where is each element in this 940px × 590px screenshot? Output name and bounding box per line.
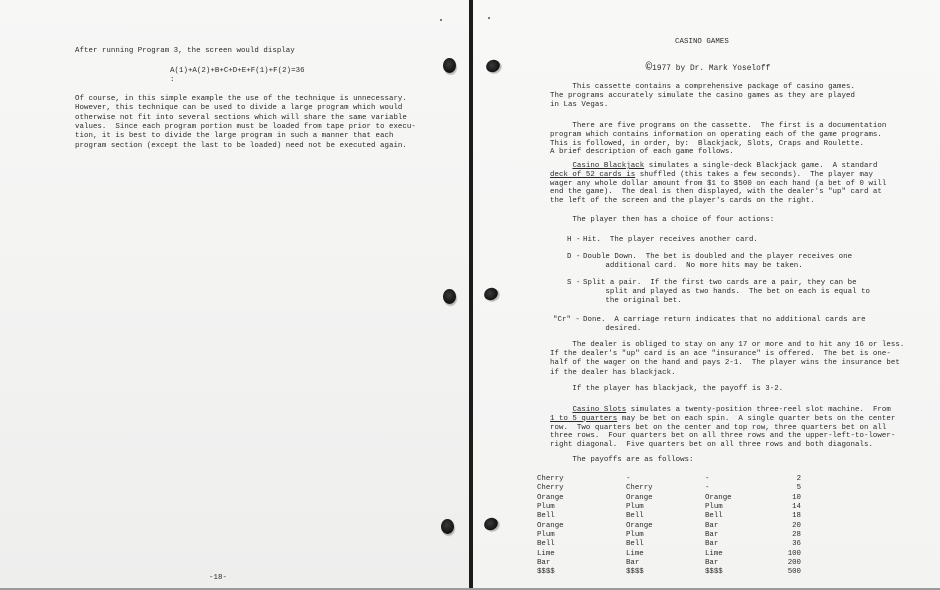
dealer-line: The dealer is obliged to stay on any 17 …	[550, 341, 904, 350]
text-span: may be bet on each spin. A single quarte…	[617, 415, 895, 423]
reel-symbol-cell: Cherry	[626, 484, 653, 493]
action-key: H -	[567, 236, 580, 245]
payoff-cell: 36	[771, 540, 801, 549]
binder-hole-icon	[441, 519, 454, 534]
reel-symbol-cell: Cherry	[537, 475, 564, 484]
text-span: shuffled (this takes a few seconds). The…	[635, 171, 873, 179]
reel-symbol-cell: Cherry	[537, 484, 564, 493]
paragraph-line: Of course, in this simple example the us…	[75, 95, 407, 104]
underlined-text: deck of 52 cards is	[550, 171, 635, 179]
reel-symbol-cell: Bell	[626, 512, 644, 521]
intro-line: The programs accurately simulate the cas…	[550, 92, 855, 101]
page-number: -18-	[209, 574, 227, 583]
reel-symbol-cell: Bar	[705, 540, 718, 549]
dealer-line: If the dealer's "up" card is an ace "ins…	[550, 350, 891, 359]
document-title: CASINO GAMES	[675, 38, 729, 47]
action-key: D -	[567, 253, 580, 262]
reel-symbol-cell: Orange	[626, 494, 653, 503]
reel-symbol-cell: Orange	[626, 522, 653, 531]
intro-line: This cassette contains a comprehensive p…	[550, 83, 855, 92]
action-line: desired.	[583, 325, 641, 334]
left-page	[0, 0, 469, 590]
reel-symbol-cell: -	[705, 484, 709, 493]
paragraph-line: However, this technique can be used to d…	[75, 104, 402, 113]
code-prompt: :	[170, 76, 175, 85]
reel-symbol-cell: Bell	[626, 540, 644, 549]
intro-line: in Las Vegas.	[550, 101, 608, 110]
reel-symbol-cell: $$$$	[626, 568, 644, 577]
slots-line: right diagonal. Five quarters bet on all…	[550, 441, 873, 450]
reel-symbol-cell: Bar	[705, 531, 718, 540]
action-key: S -	[567, 279, 580, 288]
action-line: split and played as two hands. The bet o…	[583, 288, 870, 297]
reel-symbol-cell: $$$$	[705, 568, 723, 577]
reel-symbol-cell: Plum	[537, 531, 555, 540]
code-output-line: A(1)+A(2)+B+C+D+E+F(1)+F(2)=36	[170, 67, 305, 76]
paragraph-line: tion, it is best to divide the large pro…	[75, 132, 393, 141]
blackjack-line: the left of the screen and the player's …	[550, 197, 815, 206]
reel-symbol-cell: Bell	[537, 512, 555, 521]
action-line: Hit. The player receives another card.	[583, 236, 758, 245]
action-line: Done. A carriage return indicates that n…	[583, 316, 866, 325]
payoffs-intro: The payoffs are as follows:	[550, 456, 694, 465]
payoff-cell: 28	[771, 531, 801, 540]
payoff-cell: 100	[771, 550, 801, 559]
binder-hole-icon	[443, 289, 456, 304]
reel-symbol-cell: -	[705, 475, 709, 484]
reel-symbol-cell: Lime	[626, 550, 644, 559]
reel-symbol-cell: -	[626, 475, 630, 484]
reel-symbol-cell: Bell	[537, 540, 555, 549]
text-span: simulates a single-deck Blackjack game. …	[644, 162, 877, 170]
page-gutter-divider	[469, 0, 473, 590]
reel-symbol-cell: Bar	[626, 559, 639, 568]
payoff-cell: 14	[771, 503, 801, 512]
action-line: Double Down. The bet is doubled and the …	[583, 253, 852, 262]
payoff-cell: 2	[771, 475, 801, 484]
payoff-cell: 18	[771, 512, 801, 521]
scan-speck	[440, 19, 442, 21]
payoff-cell: 20	[771, 522, 801, 531]
reel-symbol-cell: Orange	[537, 494, 564, 503]
reel-symbol-cell: Plum	[626, 503, 644, 512]
action-line: the original bet.	[583, 297, 682, 306]
reel-symbol-cell: Bar	[705, 522, 718, 531]
reel-symbol-cell: $$$$	[537, 568, 555, 577]
reel-symbol-cell: Orange	[705, 494, 732, 503]
slots-title: Casino Slots	[572, 406, 626, 414]
reel-symbol-cell: Bar	[537, 559, 550, 568]
dealer-line: if the dealer has blackjack.	[550, 369, 676, 378]
copyright-line: ©1977 by Dr. Mark Yoseloff	[636, 55, 770, 74]
dealer-line: half of the wager on the hand and pays 2…	[550, 359, 900, 368]
reel-symbol-cell: Plum	[537, 503, 555, 512]
reel-symbol-cell: Plum	[626, 531, 644, 540]
left-intro-text: After running Program 3, the screen woul…	[75, 47, 295, 56]
reel-symbol-cell: Bar	[705, 559, 718, 568]
paragraph-line: program section (except the last to be l…	[75, 142, 407, 151]
payoff-cell: 5	[771, 484, 801, 493]
paragraph-line: values. Since each program portion must …	[75, 123, 416, 132]
action-line: additional card. No more hits may be tak…	[583, 262, 803, 271]
copyright-text: 1977 by Dr. Mark Yoseloff	[652, 65, 770, 73]
payoff-cell: 10	[771, 494, 801, 503]
programs-line: A brief description of each game follows…	[550, 148, 734, 157]
payoff-cell: 200	[771, 559, 801, 568]
binder-hole-icon	[443, 58, 456, 73]
paragraph-line: otherwise not fit into several sections …	[75, 114, 407, 123]
blackjack-payoff-line: If the player has blackjack, the payoff …	[550, 385, 783, 394]
reel-symbol-cell: Plum	[705, 503, 723, 512]
action-line: Split a pair. If the first two cards are…	[583, 279, 857, 288]
blackjack-title: Casino Blackjack	[572, 162, 644, 170]
reel-symbol-cell: Orange	[537, 522, 564, 531]
actions-intro: The player then has a choice of four act…	[550, 216, 774, 225]
reel-symbol-cell: Lime	[537, 550, 555, 559]
action-key: "Cr" -	[553, 316, 580, 325]
payoff-cell: 500	[771, 568, 801, 577]
reel-symbol-cell: Bell	[705, 512, 723, 521]
reel-symbol-cell: Lime	[705, 550, 723, 559]
text-span: simulates a twenty-position three-reel s…	[626, 406, 891, 414]
scan-speck	[488, 17, 490, 19]
underlined-text: 1 to 5 quarters	[550, 415, 617, 423]
